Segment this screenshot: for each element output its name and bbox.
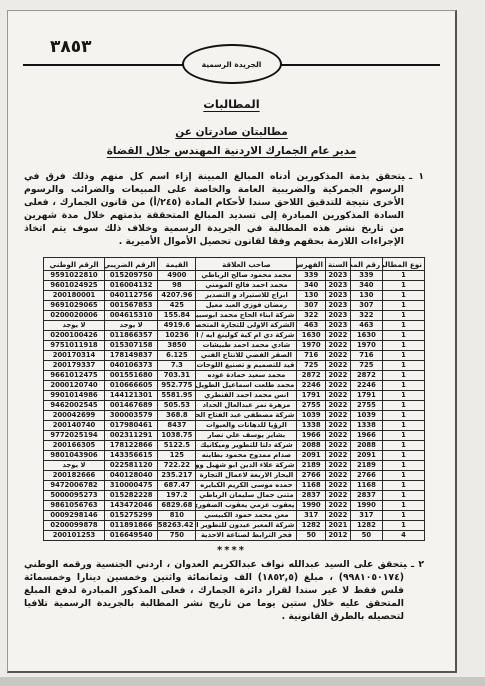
claim-paragraph-1-text: يتحقق بذمة المذكورين أدناه المبالغ المبي… (24, 171, 405, 247)
table-cell: 425 (158, 301, 196, 311)
column-header: الرقم الوطني (44, 258, 105, 271)
table-cell: 1 (383, 331, 425, 341)
table-cell: 011891866 (105, 521, 158, 531)
table-cell: 2022 (325, 511, 350, 521)
table-cell: 463 (297, 321, 326, 331)
table-cell: 1 (383, 481, 425, 491)
table-cell: 2755 (350, 401, 382, 411)
table-cell: 143356615 (105, 451, 158, 461)
table-cell: 703.31 (158, 371, 196, 381)
column-header: صاحب العلاقة (196, 258, 297, 271)
table-cell: 340 (350, 281, 382, 291)
table-row: 17252022725قيد للتصميم و تصنيع اللوحات ا… (44, 361, 425, 371)
table-row: 1208820222088شركة دلتا للتطوير وميكانيك5… (44, 441, 425, 451)
table-cell: 307 (350, 301, 382, 311)
table-row: 1276620222766البحار الاربعة لاعمال التجا… (44, 471, 425, 481)
table-cell: 687.47 (158, 481, 196, 491)
table-row: 1128220211282شركة المعبر عبدون للتطوير ا… (44, 521, 425, 531)
table-cell: 200170314 (44, 351, 105, 361)
table-cell: 144121301 (105, 391, 158, 401)
table-row: 1197020221970شادي محمد احمد طبيشات385001… (44, 341, 425, 351)
table-row: 13392023339محمد محمود صالح الرباطي490001… (44, 271, 425, 281)
table-cell: 130 (297, 291, 326, 301)
table-cell: 1 (383, 321, 425, 331)
table-cell: 1 (383, 401, 425, 411)
table-cell: 6.125 (158, 351, 196, 361)
table-cell: 952.775 (158, 381, 196, 391)
table-cell: محمد احمد فالح المومني (196, 281, 297, 291)
table-cell: 1 (383, 461, 425, 471)
table-cell: 001467689 (105, 401, 158, 411)
table-cell: 9801043906 (44, 451, 105, 461)
table-cell: 200140740 (44, 421, 105, 431)
table-cell: 4 (383, 531, 425, 541)
table-cell: 2022 (325, 421, 350, 431)
table-cell: 015282228 (105, 491, 158, 501)
table-cell: الشركة الاولى للتجارة المتخصصة (196, 321, 297, 331)
table-cell: 505.53 (158, 401, 196, 411)
table-cell: 200042699 (44, 411, 105, 421)
table-cell: 6829.68 (158, 501, 196, 511)
table-cell: 1 (383, 341, 425, 351)
table-cell: 2189 (297, 461, 326, 471)
table-cell: 2022 (325, 381, 350, 391)
table-row: 17162022716الصقر الفضي للانتاج الفني6.12… (44, 351, 425, 361)
table-cell: رمضان فوزي العبد معيل (196, 301, 297, 311)
table-cell: 022581120 (105, 461, 158, 471)
gazette-oval-stamp: الجريدة الرسمية (182, 44, 282, 84)
table-cell: 9691029065 (44, 301, 105, 311)
table-cell: 2088 (297, 441, 326, 451)
claim-paragraph-2-text: يتحقق على السيد عبدالله نواف عبدالكريم ا… (24, 559, 407, 622)
table-cell: الصقر الفضي للانتاج الفني (196, 351, 297, 361)
table-cell: 040112756 (105, 291, 158, 301)
table-cell: شركة دلتا للتطوير وميكانيك (196, 441, 297, 451)
table-cell: 9661012475 (44, 371, 105, 381)
subtitle-issued-by: مطالبتان صادرتان عن (8, 126, 455, 138)
table-cell: 322 (297, 311, 326, 321)
table-cell: فخر الترابط لصناعة الاحذية (196, 531, 297, 541)
table-cell: 1 (383, 271, 425, 281)
table-cell: 2872 (350, 371, 382, 381)
table-cell: 2088 (350, 441, 382, 451)
table-cell: 1 (383, 351, 425, 361)
table-row: 13072023307رمضان فوزي العبد معيل42500156… (44, 301, 425, 311)
table-cell: 2022 (325, 401, 350, 411)
table-cell: 4919.6 (158, 321, 196, 331)
column-header: نوع المطالبة (383, 258, 425, 271)
table-cell: 2022 (325, 351, 350, 361)
table-cell: 2012 (325, 531, 350, 541)
table-cell: 310000475 (105, 481, 158, 491)
column-header: السنة (325, 258, 350, 271)
table-cell: 4207.96 (158, 291, 196, 301)
table-cell: 200180001 (44, 291, 105, 301)
table-cell: قيد للتصميم و تصنيع اللوحات الالكترونية (196, 361, 297, 371)
table-row: 1163020221630شركة دي ام كية كولينغ ايه /… (44, 331, 425, 341)
table-cell: شركة علاء الدين ابو شهيل وولده (196, 461, 297, 471)
table-cell: 50 (297, 531, 326, 541)
table-cell: 2246 (297, 381, 326, 391)
table-row: 1287220222872محمد سعيد حمادة عوده703.310… (44, 371, 425, 381)
table-cell: 9601024925 (44, 281, 105, 291)
column-header: الرقم الضريبي (105, 258, 158, 271)
table-row: 1199020221990يعقوب عزمي يعقوب الصفوري682… (44, 501, 425, 511)
table-cell: 0009298146 (44, 511, 105, 521)
table-cell: 725 (350, 361, 382, 371)
table-cell: 125 (158, 451, 196, 461)
table-cell: 1 (383, 441, 425, 451)
stars-separator: **** (8, 546, 455, 556)
table-cell: 1 (383, 471, 425, 481)
table-cell: 1 (383, 511, 425, 521)
table-cell: 1970 (297, 341, 326, 351)
table-cell: 2022 (325, 371, 350, 381)
table-cell: 58263.42 (158, 521, 196, 531)
table-cell: 10236 (158, 331, 196, 341)
table-cell: 716 (350, 351, 382, 361)
table-cell: ابراج للاستيراد و التصدير (196, 291, 297, 301)
table-cell: 810 (158, 511, 196, 521)
table-cell: 4900 (158, 271, 196, 281)
table-row: 13402023340محمد احمد فالح المومني9801600… (44, 281, 425, 291)
table-cell: 50 (350, 531, 382, 541)
table-cell: 011866357 (105, 331, 158, 341)
table-cell: 1990 (297, 501, 326, 511)
table-row: 1116820221168حمده موسى الكريم الكبايره68… (44, 481, 425, 491)
table-cell: الرؤيا للدهانات والعبوات (196, 421, 297, 431)
table-cell: شادي محمد احمد طبيشات (196, 341, 297, 351)
table-cell: 015307158 (105, 341, 158, 351)
table-cell: 0200100426 (44, 331, 105, 341)
table-cell: شركة ابناء الحاج محمد ابوسبيت للبلاط (196, 311, 297, 321)
table-cell: 0200020006 (44, 311, 105, 321)
table-cell: 1791 (297, 391, 326, 401)
table-cell: 1966 (297, 431, 326, 441)
table-cell: 2023 (325, 291, 350, 301)
table-cell: انس محمد احمد القنطري (196, 391, 297, 401)
table-cell: 7.3 (158, 361, 196, 371)
table-cell: 2872 (297, 371, 326, 381)
table-cell: مزهرة نمر عبدالعال الحداد (196, 401, 297, 411)
table-cell: 2022 (325, 501, 350, 511)
table-cell: 143472046 (105, 501, 158, 511)
table-cell: محمد سعيد حمادة عوده (196, 371, 297, 381)
table-cell: 017980461 (105, 421, 158, 431)
table-cell: يعقوب عزمي يعقوب الصفوري (196, 501, 297, 511)
table-cell: 2022 (325, 441, 350, 451)
table-cell: 2023 (325, 311, 350, 321)
table-cell: 339 (297, 271, 326, 281)
table-cell: 010666605 (105, 381, 158, 391)
table-cell: مثنى جمال سليمان الرباطي (196, 491, 297, 501)
table-cell: 9772025194 (44, 431, 105, 441)
page-content: المطالبات مطالبتان صادرتان عن مدير عام ا… (8, 97, 455, 623)
table-cell: 2022 (325, 491, 350, 501)
table-cell: 2022 (325, 341, 350, 351)
table-row: 14632023463الشركة الاولى للتجارة المتخصص… (44, 321, 425, 331)
table-cell: 2022 (325, 331, 350, 341)
table-cell: 1 (383, 311, 425, 321)
column-header: الفهرس (297, 258, 326, 271)
table-cell: 463 (350, 321, 382, 331)
table-cell: 2837 (350, 491, 382, 501)
table-cell: 1338 (297, 421, 326, 431)
table-cell: 1630 (297, 331, 326, 341)
table-cell: 1630 (350, 331, 382, 341)
table-cell: 2091 (297, 451, 326, 461)
table-cell: 2022 (325, 471, 350, 481)
table-cell: 1282 (350, 521, 382, 531)
table-cell: 002311291 (105, 431, 158, 441)
table-cell: 1168 (297, 481, 326, 491)
claim-paragraph-1: ١ ـيتحقق بذمة المذكورين أدناه المبالغ ال… (24, 170, 424, 248)
table-cell: 2766 (297, 471, 326, 481)
table-row: 1275520222755مزهرة نمر عبدالعال الحداد50… (44, 401, 425, 411)
claims-table: نوع المطالبةرقم المطالبةالسنةالفهرسصاحب … (43, 257, 425, 541)
table-cell: 178149837 (105, 351, 158, 361)
table-cell: 1 (383, 291, 425, 301)
table-cell: 1990 (350, 501, 382, 511)
table-row: 1209120222091صدام ممدوح محمود بطاينه1251… (44, 451, 425, 461)
claims-table-body: 13392023339محمد محمود صالح الرباطي490001… (44, 271, 425, 541)
table-cell: 317 (350, 511, 382, 521)
table-cell: 317 (297, 511, 326, 521)
table-cell: 2766 (350, 471, 382, 481)
column-header: رقم المطالبة (350, 258, 382, 271)
table-cell: 98 (158, 281, 196, 291)
table-cell: 200101253 (44, 531, 105, 541)
table-cell: 307 (297, 301, 326, 311)
table-row: 1103920221039شركة مصطفى عبد الفتاح الحوا… (44, 411, 425, 421)
table-cell: 001567853 (105, 301, 158, 311)
table-cell: لا يوجد (44, 461, 105, 471)
table-cell: 2023 (325, 321, 350, 331)
column-header: القيمة (158, 258, 196, 271)
table-cell: 1 (383, 411, 425, 421)
table-cell: 1966 (350, 431, 382, 441)
table-cell: 016004132 (105, 281, 158, 291)
table-cell: 9472006782 (44, 481, 105, 491)
table-cell: 130 (350, 291, 382, 301)
table-cell: 1282 (297, 521, 326, 531)
table-cell: 1039 (350, 411, 382, 421)
table-cell: محمد محمود صالح الرباطي (196, 271, 297, 281)
table-row: 1133820221338الرؤيا للدهانات والعبوات843… (44, 421, 425, 431)
table-cell: 2023 (325, 281, 350, 291)
table-cell: 716 (297, 351, 326, 361)
table-cell: 9901014986 (44, 391, 105, 401)
table-cell: بشاير يوسف علي نصار (196, 431, 297, 441)
table-cell: 200182666 (44, 471, 105, 481)
table-cell: 5000095273 (44, 491, 105, 501)
table-cell: 1 (383, 301, 425, 311)
table-cell: 1 (383, 361, 425, 371)
table-cell: صدام ممدوح محمود بطاينه (196, 451, 297, 461)
table-cell: 1 (383, 391, 425, 401)
table-row: 11302023130ابراج للاستيراد و التصدير4207… (44, 291, 425, 301)
table-cell: 1 (383, 421, 425, 431)
table-cell: 300003579 (105, 411, 158, 421)
table-cell: 2022 (325, 481, 350, 491)
table-row: 1196620221966بشاير يوسف علي نصار1038.750… (44, 431, 425, 441)
table-cell: 1039 (297, 411, 326, 421)
page-title: المطالبات (8, 97, 455, 111)
table-cell: 2023 (325, 301, 350, 311)
table-cell: 725 (297, 361, 326, 371)
table-cell: 0200099878 (44, 521, 105, 531)
item-number-2: ٢ ـ (407, 559, 424, 570)
table-cell: 9591022810 (44, 271, 105, 281)
table-cell: 1038.75 (158, 431, 196, 441)
table-cell: 1791 (350, 391, 382, 401)
table-cell: 8437 (158, 421, 196, 431)
table-row: 450201250فخر الترابط لصناعة الاحذية75001… (44, 531, 425, 541)
table-row: 1218920222189شركة علاء الدين ابو شهيل وو… (44, 461, 425, 471)
table-cell: شركة مصطفى عبد الفتاح الحوامدة و اولاده (196, 411, 297, 421)
table-cell: 2023 (325, 271, 350, 281)
table-cell: 197.2 (158, 491, 196, 501)
table-cell: 1 (383, 491, 425, 501)
gazette-page-sheet: ٣٨٥٣ الجريدة الرسمية المطالبات مطالبتان … (7, 10, 457, 673)
table-cell: 340 (297, 281, 326, 291)
table-cell: 2022 (325, 361, 350, 371)
table-cell: 1970 (350, 341, 382, 351)
table-cell: 2837 (297, 491, 326, 501)
subtitle-director: مدير عام الجمارك الاردنية المهندس جلال ا… (8, 145, 455, 157)
table-cell: 1 (383, 381, 425, 391)
table-cell: لا يوجد (44, 321, 105, 331)
table-cell: 322 (350, 311, 382, 321)
table-cell: 1168 (350, 481, 382, 491)
table-cell: 2022 (325, 411, 350, 421)
table-cell: 9462002545 (44, 401, 105, 411)
table-cell: 3850 (158, 341, 196, 351)
table-cell: 2022 (325, 461, 350, 471)
page-number: ٣٨٥٣ (50, 37, 92, 57)
table-cell: 040106373 (105, 361, 158, 371)
table-cell: 2755 (297, 401, 326, 411)
table-cell: 750 (158, 531, 196, 541)
table-row: 1224620222246محمد طلعت اسماعيل الطويل ـ … (44, 381, 425, 391)
table-cell: 368.8 (158, 411, 196, 421)
table-cell: 1 (383, 281, 425, 291)
table-cell: 016649540 (105, 531, 158, 541)
table-cell: 004615310 (105, 311, 158, 321)
table-header-row: نوع المطالبةرقم المطالبةالسنةالفهرسصاحب … (44, 258, 425, 271)
table-cell: 2189 (350, 461, 382, 471)
page-header: ٣٨٥٣ الجريدة الرسمية (8, 11, 455, 81)
table-cell: 1 (383, 451, 425, 461)
table-cell: 040128040 (105, 471, 158, 481)
table-cell: 5581.95 (158, 391, 196, 401)
table-row: 13172022317معن محمد حمود الكبيسي81001527… (44, 511, 425, 521)
table-cell: 235.217 (158, 471, 196, 481)
table-cell: 200166305 (44, 441, 105, 451)
table-cell: 1 (383, 521, 425, 531)
table-cell: معن محمد حمود الكبيسي (196, 511, 297, 521)
table-cell: 9861056763 (44, 501, 105, 511)
table-cell: 2000120740 (44, 381, 105, 391)
table-cell: 2091 (350, 451, 382, 461)
table-cell: شركة المعبر عبدون للتطوير العقاري (196, 521, 297, 531)
table-row: 1283720222837مثنى جمال سليمان الرباطي197… (44, 491, 425, 501)
table-cell: 015275299 (105, 511, 158, 521)
table-cell: 722.22 (158, 461, 196, 471)
table-cell: 9751011918 (44, 341, 105, 351)
table-cell: 178122866 (105, 441, 158, 451)
table-cell: 200179337 (44, 361, 105, 371)
table-cell: 2022 (325, 451, 350, 461)
table-cell: 1338 (350, 421, 382, 431)
table-cell: 2246 (350, 381, 382, 391)
gazette-label: الجريدة الرسمية (202, 60, 262, 69)
table-cell: شركة دي ام كية كولينغ ايه / اس (الا (196, 331, 297, 341)
page-edge-shadow (0, 677, 485, 686)
table-cell: 015209750 (105, 271, 158, 281)
table-cell: 2022 (325, 391, 350, 401)
table-cell: 1 (383, 501, 425, 511)
table-cell: 5122.5 (158, 441, 196, 451)
table-cell: 2021 (325, 521, 350, 531)
table-cell: 2022 (325, 431, 350, 441)
table-cell: محمد طلعت اسماعيل الطويل ـ محمد الطويل (196, 381, 297, 391)
table-cell: البحار الاربعة لاعمال التجارة (196, 471, 297, 481)
table-cell: 001551680 (105, 371, 158, 381)
table-cell: 1 (383, 431, 425, 441)
table-cell: 339 (350, 271, 382, 281)
table-cell: 1 (383, 371, 425, 381)
claim-paragraph-2: ٢ ـيتحقق على السيد عبدالله نواف عبدالكري… (24, 558, 424, 623)
table-row: 1179120221791انس محمد احمد القنطري5581.9… (44, 391, 425, 401)
table-cell: لا يوجد (105, 321, 158, 331)
table-row: 13222023322شركة ابناء الحاج محمد ابوسبيت… (44, 311, 425, 321)
item-number-1: ١ ـ (405, 171, 424, 182)
table-cell: حمده موسى الكريم الكبايره (196, 481, 297, 491)
table-cell: 155.84 (158, 311, 196, 321)
